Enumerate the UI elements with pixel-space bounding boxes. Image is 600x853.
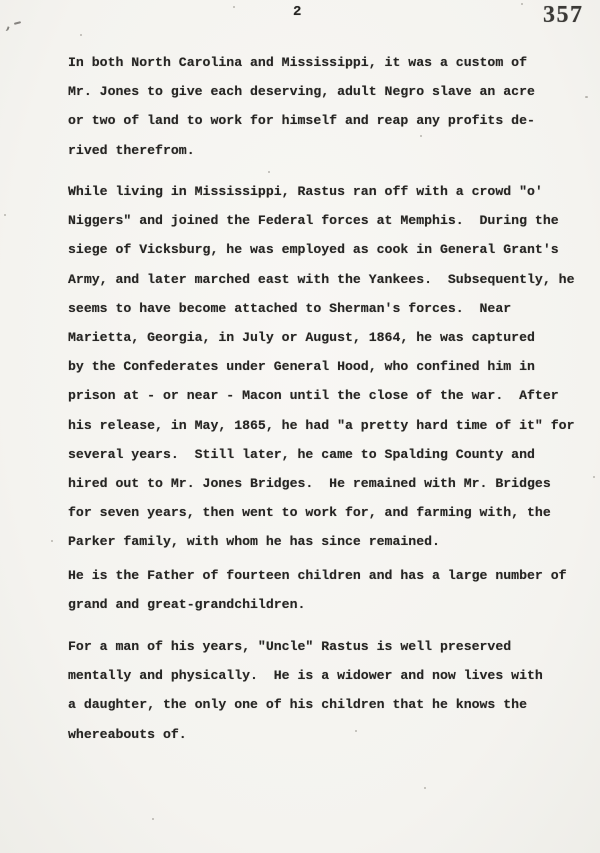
stray-ink-mark: [14, 21, 21, 25]
scan-speckle: [420, 135, 422, 137]
scan-speckle: [152, 818, 154, 820]
scan-speckle: [521, 3, 523, 5]
scan-speckle: [585, 96, 588, 98]
document-page: 2 357 In both North Carolina and Mississ…: [0, 0, 600, 853]
scan-speckle: [80, 34, 82, 36]
scan-speckle: [4, 214, 6, 216]
paragraph-land-custom: In both North Carolina and Mississippi, …: [68, 48, 592, 165]
stray-ink-mark: [3, 25, 9, 31]
page-number: 2: [293, 4, 301, 20]
paragraph-war-service: While living in Mississippi, Rastus ran …: [68, 177, 592, 557]
paragraph-children: He is the Father of fourteen children an…: [68, 561, 592, 619]
scan-speckle: [424, 787, 426, 789]
paragraph-present-condition: For a man of his years, "Uncle" Rastus i…: [68, 632, 592, 749]
scan-speckle: [51, 540, 53, 542]
scan-speckle: [233, 6, 235, 8]
folio-stamp-number: 357: [543, 2, 584, 29]
scan-speckle: [355, 730, 357, 732]
scan-speckle: [593, 476, 595, 478]
scan-speckle: [268, 171, 270, 173]
